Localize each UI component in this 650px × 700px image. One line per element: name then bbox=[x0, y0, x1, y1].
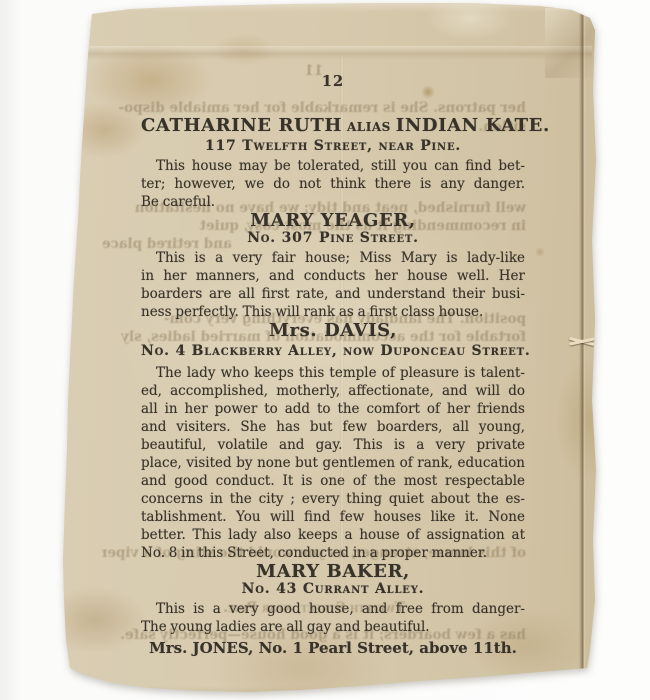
body-line: This is a very good house, and free from… bbox=[141, 600, 525, 618]
photo-backdrop: 11her patrons. She is remarkable for her… bbox=[0, 0, 650, 700]
paper-shadow-wrap: 11her patrons. She is remarkable for her… bbox=[0, 0, 650, 700]
entry-body: This house may be tolerated, still you c… bbox=[141, 157, 525, 211]
entry-address: No. 43 Currant Alley. bbox=[141, 582, 525, 597]
body-line: ter; however, we do not think there is a… bbox=[141, 175, 525, 193]
entry-address: No. 4 Blackberry Alley, now Duponceau St… bbox=[141, 344, 525, 359]
body-line: No. 8 in this Street, conducted in a pro… bbox=[141, 544, 525, 562]
entry-heading-mary-yeager: MARY YEAGER, bbox=[141, 211, 525, 231]
body-line: ed, accomplished, motherly, affectionate… bbox=[141, 382, 525, 400]
body-line: and good conduct. It is one of the most … bbox=[141, 472, 525, 490]
entry-name: CATHARINE RUTH bbox=[141, 115, 342, 136]
pamphlet-page: 11her patrons. She is remarkable for her… bbox=[0, 0, 650, 700]
entry-heading-catharine-ruth: CATHARINE RUTHaliasINDIAN KATE. bbox=[141, 116, 525, 137]
body-line: in her manners, and conducts her house w… bbox=[141, 267, 525, 285]
body-line: better. This lady also keeps a house of … bbox=[141, 526, 525, 544]
body-line: place, visited by none but gentlemen of … bbox=[141, 454, 525, 472]
body-line: boarders are all first rate, and underst… bbox=[141, 285, 525, 303]
body-line: beautiful, volatile and gay. This is a v… bbox=[141, 436, 525, 454]
entry-address: No. 307 Pine Street. bbox=[141, 231, 525, 246]
entry-body: The lady who keeps this temple of pleasu… bbox=[141, 364, 525, 562]
entry-alias-name: INDIAN KATE. bbox=[396, 115, 550, 136]
entry-heading-mrs-davis: Mrs. DAVIS, bbox=[141, 321, 525, 341]
body-line: Be careful. bbox=[141, 193, 525, 211]
printed-content: 12 CATHARINE RUTHaliasINDIAN KATE. 117 T… bbox=[141, 74, 525, 657]
entry-address: 117 Twelfth Street, near Pine. bbox=[141, 139, 525, 154]
entry-body: This is a very fair house; Miss Mary is … bbox=[141, 249, 525, 321]
body-line: all in her power to add to the comfort o… bbox=[141, 400, 525, 418]
body-line: This house may be tolerated, still you c… bbox=[141, 157, 525, 175]
entry-heading-mary-baker: MARY BAKER, bbox=[141, 562, 525, 582]
binding-thread bbox=[569, 332, 595, 350]
alias-word: alias bbox=[347, 120, 391, 134]
top-right-corner-fold bbox=[545, 8, 595, 78]
body-line: tablishment. You will find few houses li… bbox=[141, 508, 525, 526]
body-line: The lady who keeps this temple of pleasu… bbox=[141, 364, 525, 382]
page-number: 12 bbox=[141, 74, 525, 90]
body-line: and visiters. She has but few boarders, … bbox=[141, 418, 525, 436]
entry-heading-mrs-jones: Mrs. JONES, No. 1 Pearl Street, above 11… bbox=[141, 639, 525, 657]
entry-body: This is a very good house, and free from… bbox=[141, 600, 525, 636]
body-line: concerns in the city ; every thing quiet… bbox=[141, 490, 525, 508]
body-line: This is a very fair house; Miss Mary is … bbox=[141, 249, 525, 267]
body-line: ness perfectly. This will rank as a firs… bbox=[141, 303, 525, 321]
body-line: The young ladies are all gay and beautif… bbox=[141, 618, 525, 636]
